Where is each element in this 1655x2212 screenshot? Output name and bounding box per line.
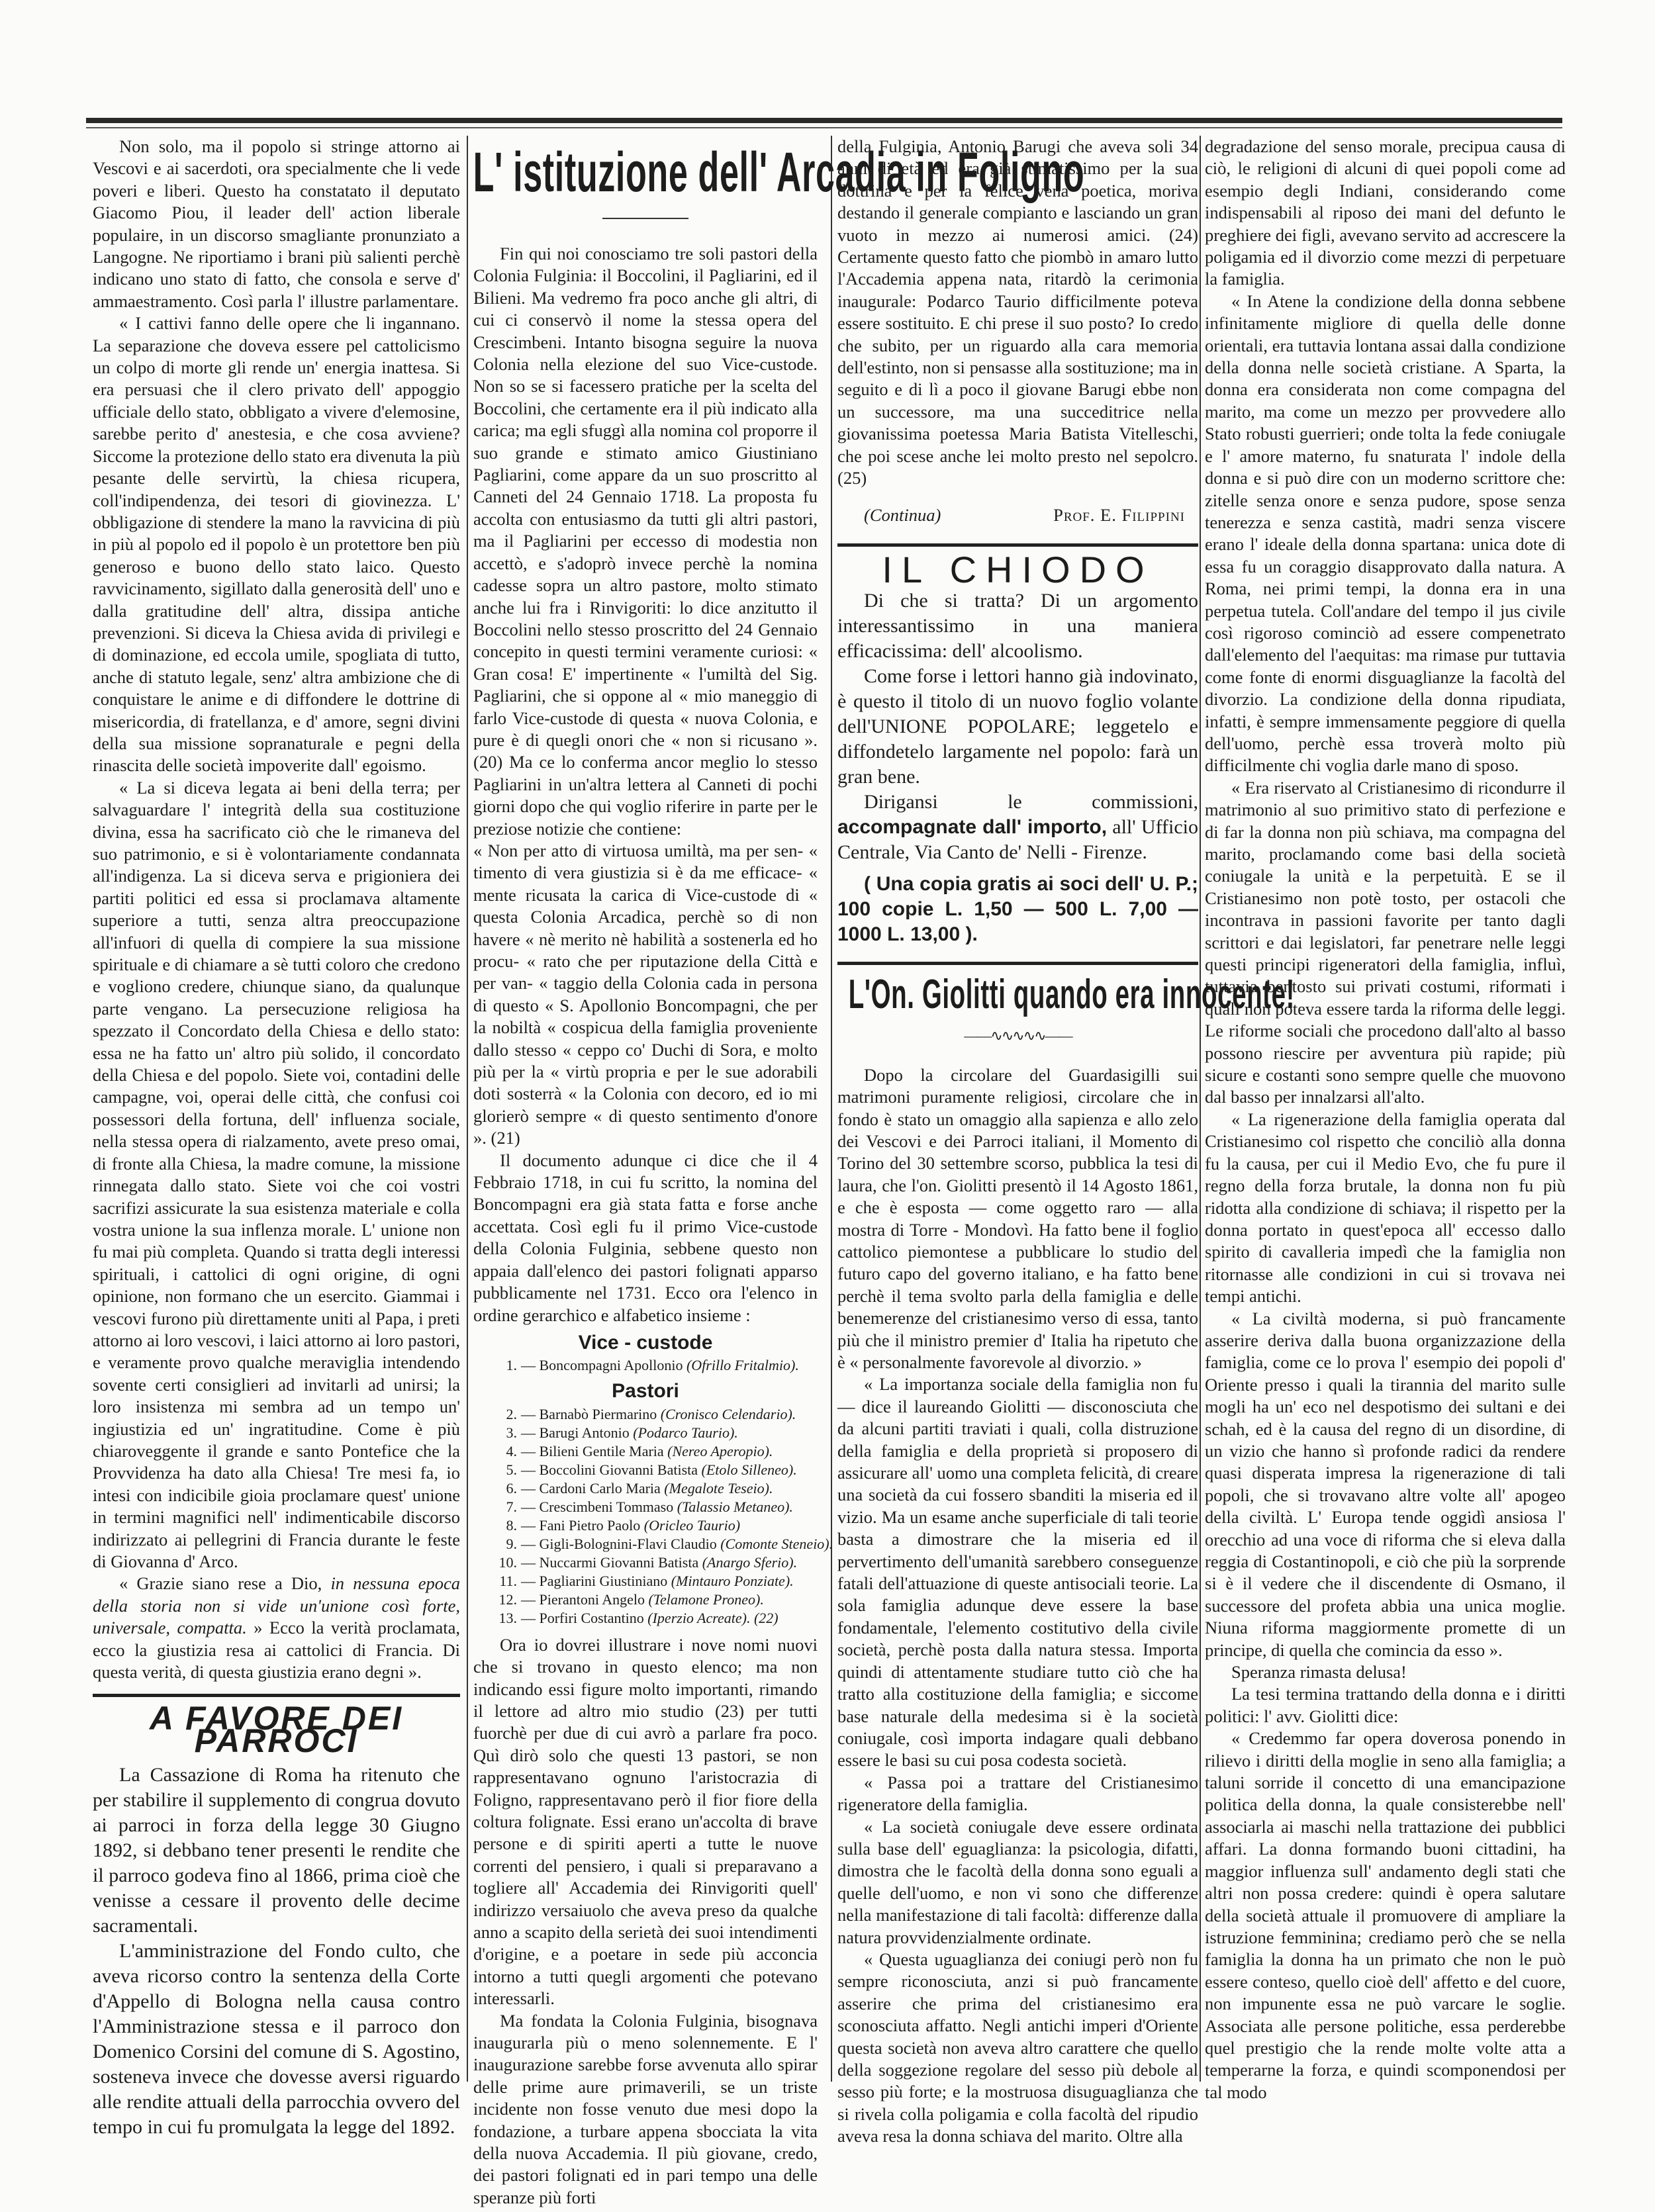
list-item: 10.— Nuccarmi Giovanni Batista (Anargo S… [473, 1553, 818, 1572]
article-paragraph: Il documento adunque ci dice che il 4 Fe… [473, 1150, 818, 1326]
list-heading-vice-custode: Vice - custode [473, 1332, 818, 1354]
list-item: 2.— Barnabò Piermarino (Cronisco Celenda… [473, 1405, 818, 1424]
article-paragraph: Dirigansi le commissioni, accompagnate d… [837, 790, 1198, 865]
article-paragraph: La Cassazione di Roma ha ritenuto che pe… [93, 1763, 460, 1939]
article-paragraph: « La civiltà moderna, si può francamente… [1205, 1308, 1566, 1662]
column-divider [1200, 136, 1201, 2082]
list-item: 5.— Boccolini Giovanni Batista (Etolo Si… [473, 1461, 818, 1479]
article-paragraph: « La rigenerazione della famiglia operat… [1205, 1109, 1566, 1308]
author-name: Prof. E. Filippini [1053, 504, 1185, 526]
section-divider [837, 543, 1198, 547]
article-paragraph: « Questa uguaglianza dei coniugi però no… [837, 1949, 1198, 2148]
masthead-rule-thin [86, 127, 1562, 128]
column-2: L' istituzione dell' Arcadia in Foligno … [473, 136, 818, 2209]
article-paragraph-final: « Grazie siano rese a Dio, in nessuna ep… [93, 1573, 460, 1683]
list-item: 9.— Gigli-Bolognini-Flavi Claudio (Comon… [473, 1535, 818, 1553]
list-item: 11.— Pagliarini Giustiniano (Mintauro Po… [473, 1572, 818, 1590]
headline-giolitti: L'On. Giolitti quando era innocente! [849, 965, 1188, 1025]
list-item: 1.— Boncompagni Apollonio (Ofrillo Frita… [473, 1356, 818, 1375]
list-heading-pastori: Pastori [473, 1380, 818, 1402]
article-paragraph: degradazione del senso morale, precipua … [1205, 136, 1566, 291]
list-item: 7.— Crescimbeni Tommaso (Talassio Metane… [473, 1498, 818, 1516]
column-divider [467, 136, 468, 2082]
article-paragraph: Come forse i lettori hanno già indovinat… [837, 664, 1198, 790]
article-paragraph: Di che si tratta? Di un argomento intere… [837, 588, 1198, 664]
headline-rule [602, 218, 688, 219]
list-item: 12.— Pierantoni Angelo (Telamone Proneo)… [473, 1590, 818, 1609]
article-paragraph: La tesi termina trattando della donna e … [1205, 1683, 1566, 1728]
article-paragraph: « Era riservato al Cristianesimo di rico… [1205, 777, 1566, 1109]
article-paragraph: Dopo la circolare del Guardasigilli sui … [837, 1064, 1198, 1374]
column-3: della Fulginia, Antonio Barugi che aveva… [837, 136, 1198, 2148]
article-paragraph: « La società coniugale deve essere ordin… [837, 1816, 1198, 1949]
article-paragraph: Ma fondata la Colonia Fulginia, bisognav… [473, 2010, 818, 2209]
column-4: degradazione del senso morale, precipua … [1205, 136, 1566, 2103]
headline-parroci: A FAVORE DEI PARROCI [93, 1708, 460, 1752]
article-paragraph: Non solo, ma il popolo si stringe attorn… [93, 136, 460, 312]
headline-arcadia: L' istituzione dell' Arcadia in Foligno [473, 136, 818, 208]
masthead-rule-thick [86, 118, 1562, 123]
column-divider [831, 136, 832, 2082]
article-paragraph: « La si diceva legata ai beni della terr… [93, 777, 460, 1573]
list-item: 13.— Porfiri Costantino (Iperzio Acreate… [473, 1609, 818, 1628]
ornamental-rule: ——∿∿∿∿∿—— [837, 1025, 1198, 1046]
article-paragraph: « La importanza sociale della famiglia n… [837, 1373, 1198, 1771]
article-paragraph: Speranza rimasta delusa! [1205, 1661, 1566, 1683]
quoted-letter: « Non per atto di virtuosa umiltà, ma pe… [473, 840, 818, 1150]
article-paragraph: « In Atene la condizione della donna seb… [1205, 291, 1566, 777]
article-paragraph: L'amministrazione del Fondo culto, che a… [93, 1939, 460, 2140]
article-paragraph: « Passa poi a trattare del Cristianesimo… [837, 1772, 1198, 1816]
list-item: 3.— Barugi Antonio (Podarco Taurio). [473, 1424, 818, 1442]
article-paragraph: Fin qui noi conosciamo tre soli pastori … [473, 243, 818, 840]
article-paragraph: Ora io dovrei illustrare i nove nomi nuo… [473, 1634, 818, 2010]
headline-chiodo: IL CHIODO [837, 559, 1198, 580]
price-notice: ( Una copia gratis ai soci dell' U. P.; … [837, 872, 1198, 947]
list-item: 4.— Bilieni Gentile Maria (Nereo Aperopi… [473, 1442, 818, 1461]
article-signature: (Continua) Prof. E. Filippini [837, 504, 1198, 526]
list-item: 6.— Cardoni Carlo Maria (Megalote Teseio… [473, 1479, 818, 1498]
column-1: Non solo, ma il popolo si stringe attorn… [93, 136, 460, 2140]
section-divider [93, 1694, 460, 1697]
article-paragraph: « Credemmo far opera doverosa ponendo in… [1205, 1728, 1566, 2103]
list-item: 8.— Fani Pietro Paolo (Oricleo Taurio) [473, 1516, 818, 1535]
article-paragraph: « I cattivi fanno delle opere che li ing… [93, 312, 460, 777]
article-paragraph: della Fulginia, Antonio Barugi che aveva… [837, 136, 1198, 490]
continua-label: (Continua) [864, 504, 941, 526]
